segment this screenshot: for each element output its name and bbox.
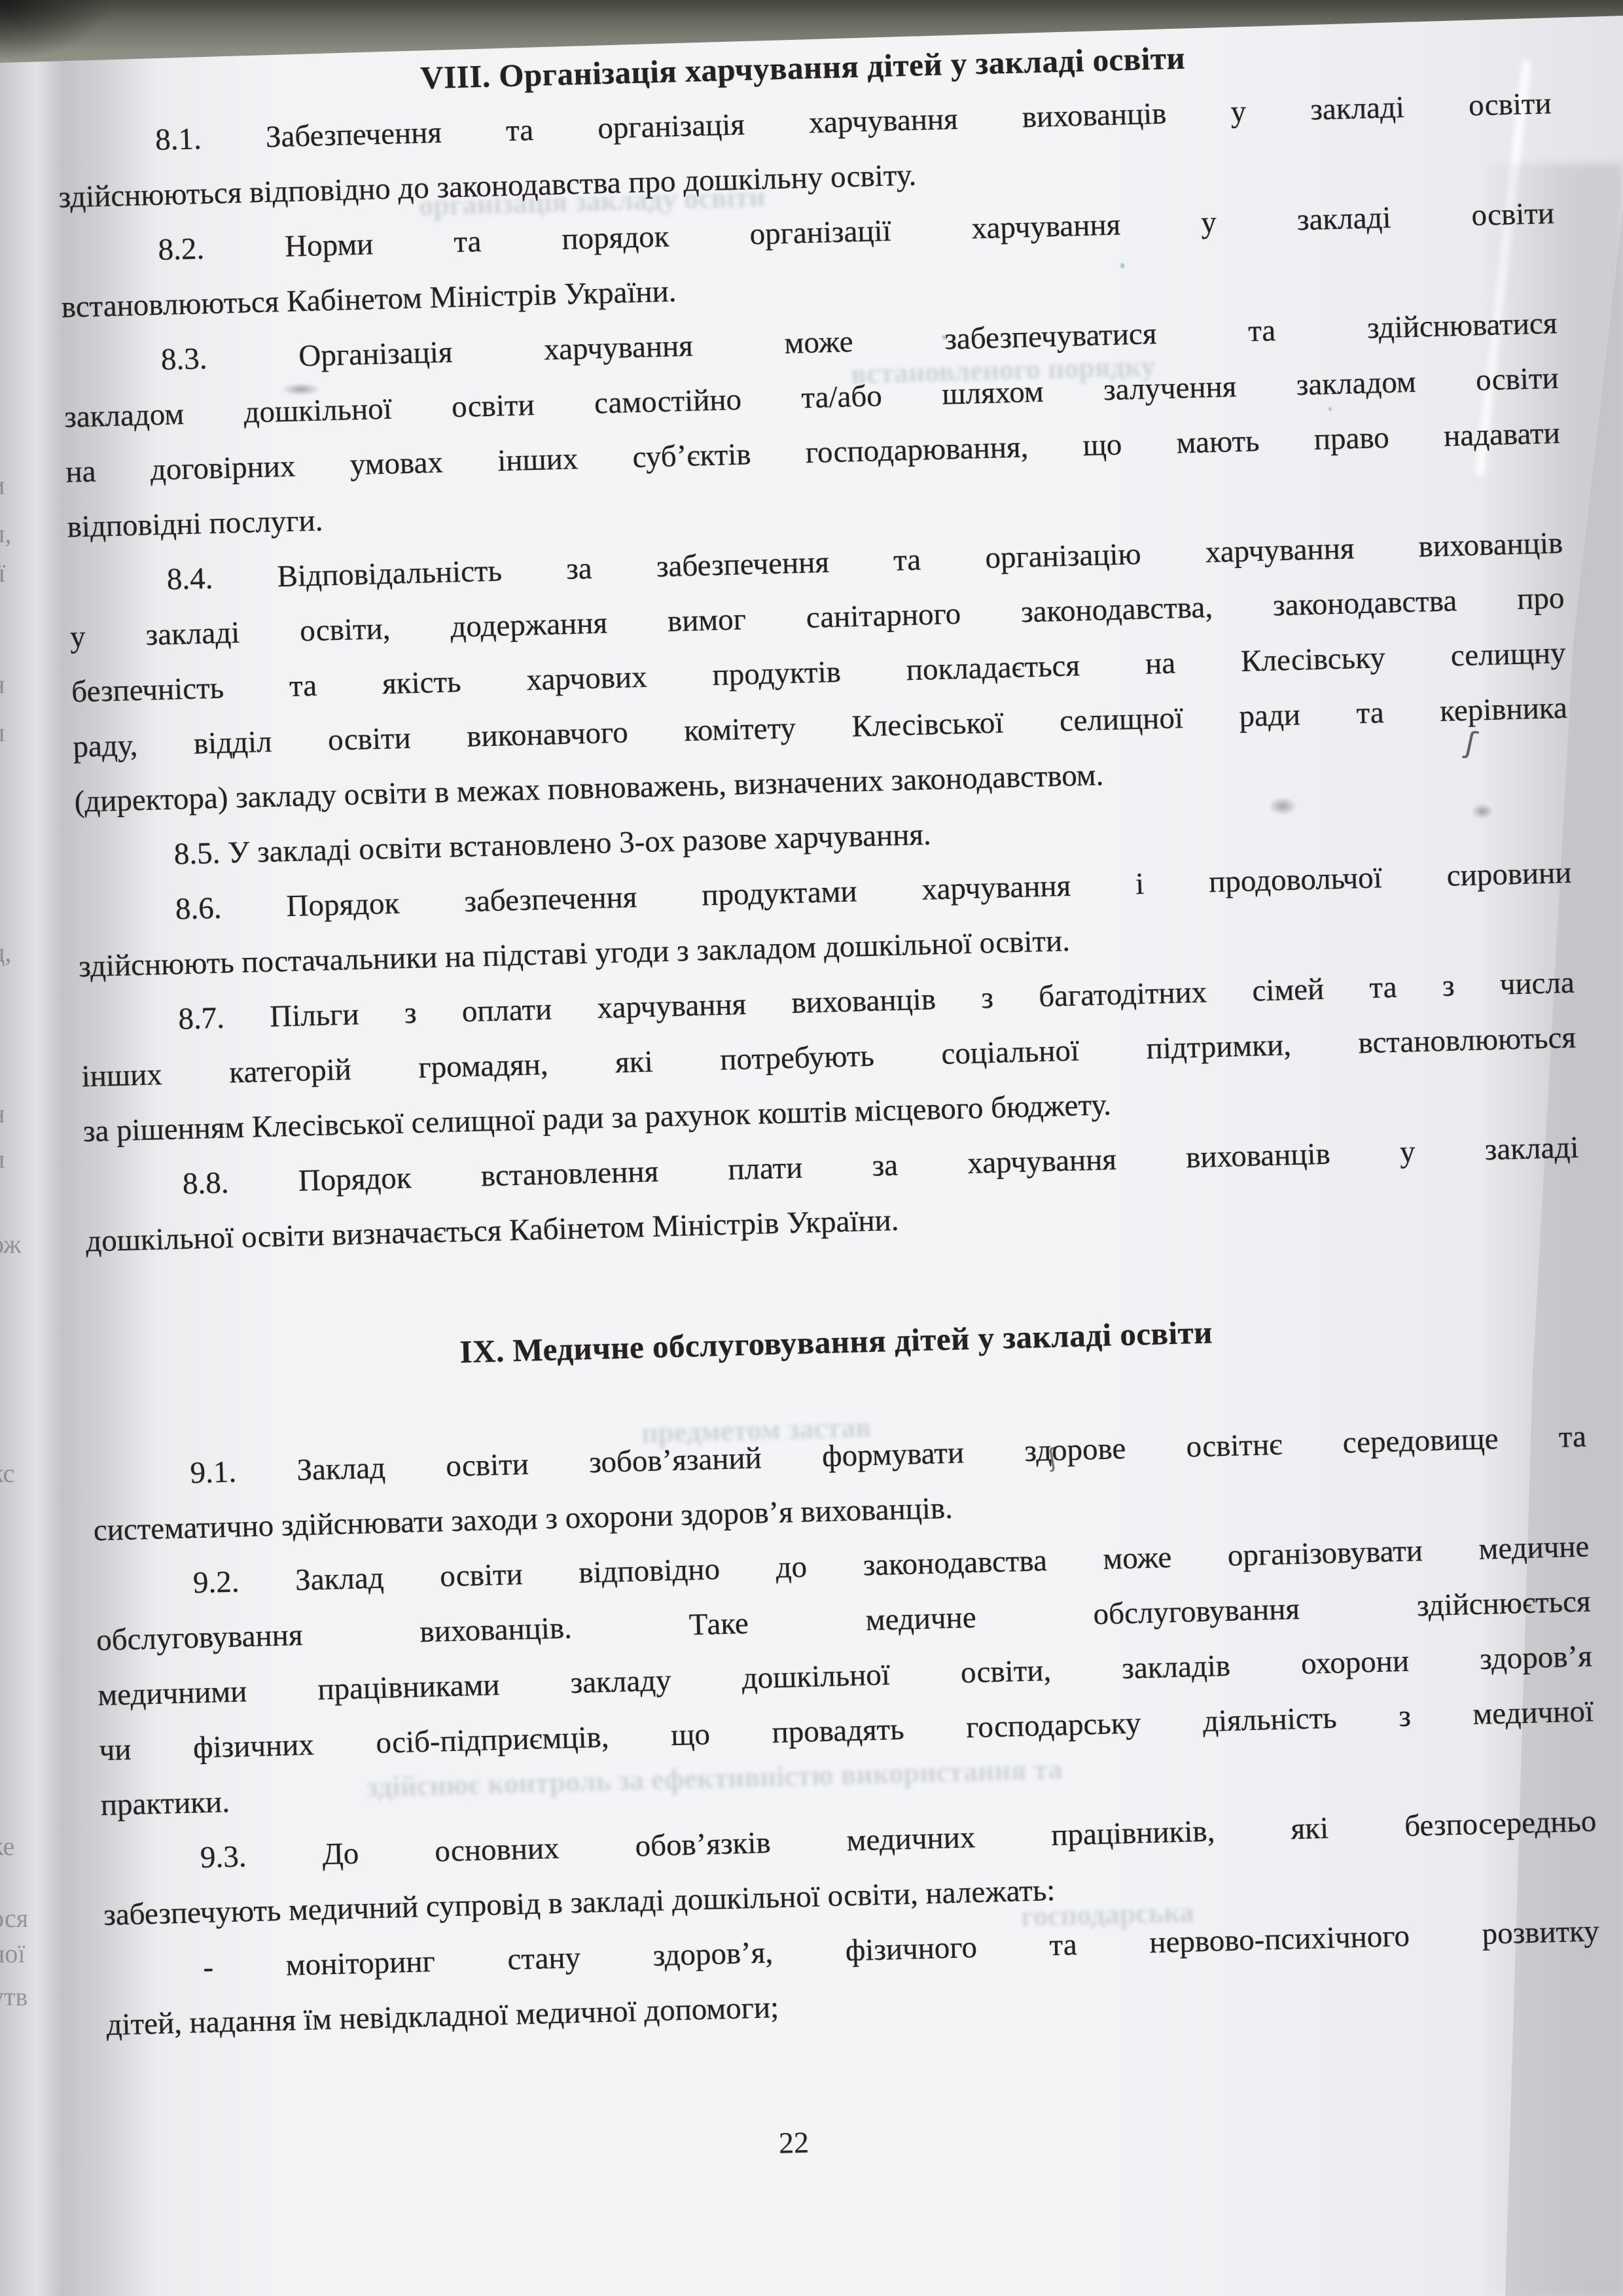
gutter-text-fragment: кс (0, 1458, 14, 1489)
gutter-text-fragment: п (0, 717, 5, 748)
page-number: 22 (778, 2125, 809, 2160)
gutter-text-fragment: и (0, 470, 5, 501)
document-text-block: VIII. Організація харчування дітей у зак… (55, 21, 1601, 2053)
paragraph: 8.4. Відповідальність за забезпечення та… (68, 516, 1569, 830)
gutter-text-fragment: ке (0, 1831, 14, 1862)
section-heading: IX. Медичне обслуговування дітей у закла… (88, 1296, 1584, 1390)
gutter-text-fragment: ної (0, 1938, 26, 1969)
gutter-text-fragment: ож (0, 1229, 22, 1260)
gutter-text-fragment: утв (0, 1981, 27, 2012)
gutter-text-fragment: п (0, 1144, 5, 1174)
gutter-text-fragment: н (0, 1098, 5, 1129)
gutter-text-fragment: п, (0, 518, 11, 549)
gutter-text-fragment: ося (0, 1903, 28, 1934)
scanned-document-page: ип,іїнпц,їнпожкскеосяноїутворганізація з… (0, 0, 1623, 2296)
paragraph: 8.3. Організація харчування може забезпе… (62, 296, 1562, 555)
gutter-text-fragment: ц, (0, 937, 11, 968)
gutter-text-fragment: ії (0, 557, 5, 588)
gutter-text-fragment: н (0, 669, 5, 699)
paragraph: 9.2. Заклад освіти відповідно до законод… (94, 1519, 1596, 1833)
